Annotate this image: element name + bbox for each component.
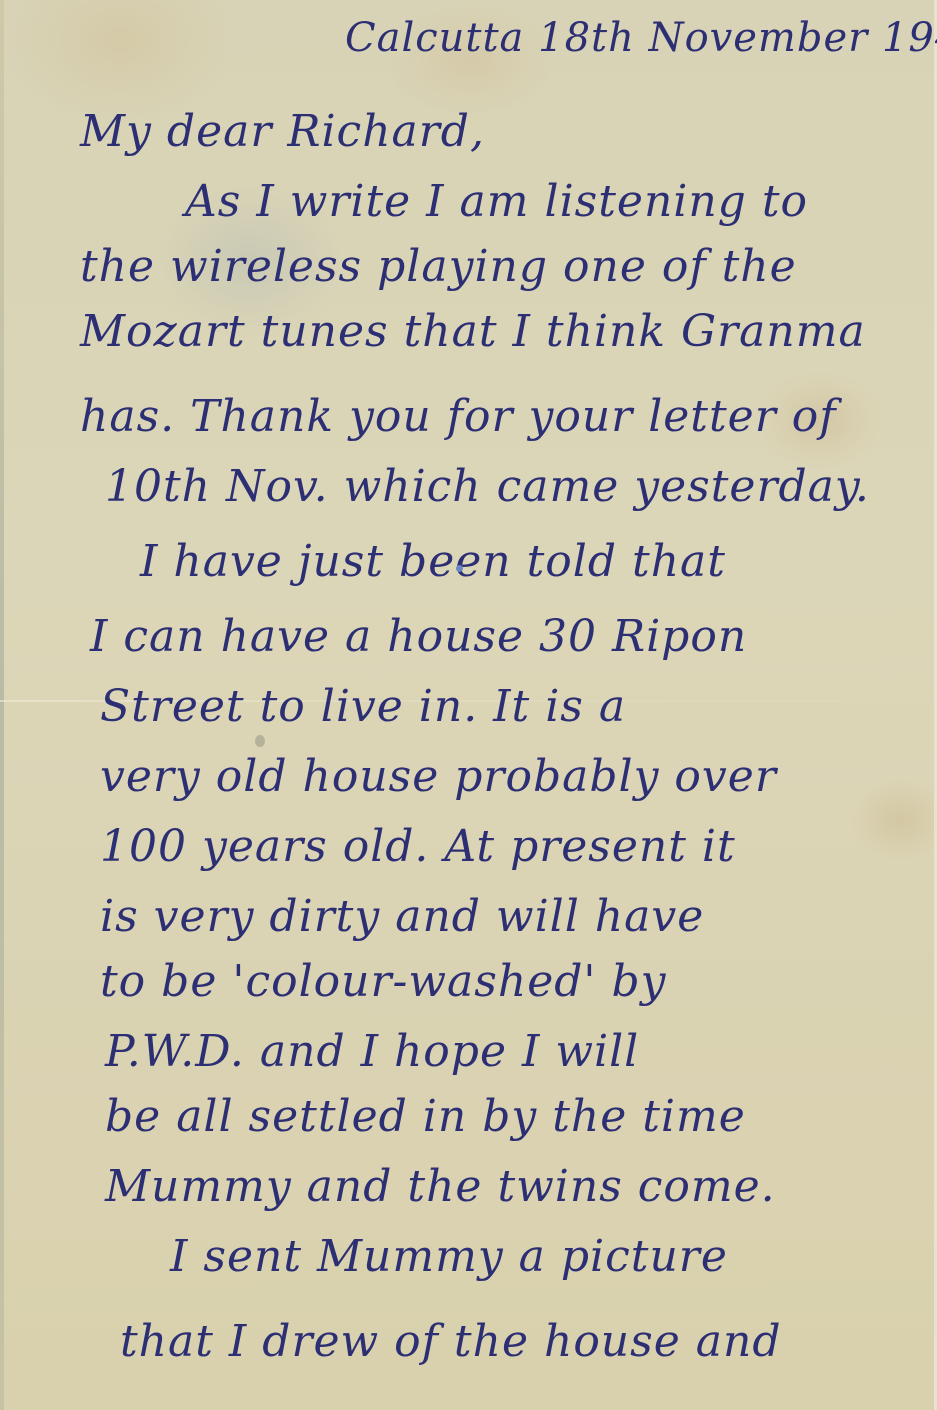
letter-line-5: 10th Nov. which came yesterday. [105,465,870,509]
salutation: My dear Richard, [80,110,485,154]
dateline: Calcutta 18th November 1946 [345,18,937,58]
paper-left-edge [0,0,4,1410]
letter-line-11: is very dirty and will have [100,895,704,939]
letter-line-13: P.W.D. and I hope I will [105,1030,639,1074]
letter-line-15: Mummy and the twins come. [105,1165,776,1209]
letter-line-4: has. Thank you for your letter of [80,395,837,439]
letter-line-12: to be 'colour-washed' by [100,960,667,1004]
letter-line-17: that I drew of the house and [120,1320,782,1364]
letter-line-7: I can have a house 30 Ripon [90,615,747,659]
letter-line-1: As I write I am listening to [185,180,808,224]
letter-line-6: I have just been told that [140,540,726,584]
letter-page: Calcutta 18th November 1946 My dear Rich… [0,0,937,1410]
letter-line-8: Street to live in. It is a [100,685,626,729]
ink-blot [456,565,463,572]
letter-line-10: 100 years old. At present it [100,825,736,869]
letter-line-9: very old house probably over [100,755,777,799]
letter-line-3: Mozart tunes that I think Granma [80,310,866,354]
paper-stain [255,735,265,747]
letter-line-2: the wireless playing one of the [80,245,797,289]
letter-line-16: I sent Mummy a picture [170,1235,728,1279]
letter-line-14: be all settled in by the time [105,1095,746,1139]
